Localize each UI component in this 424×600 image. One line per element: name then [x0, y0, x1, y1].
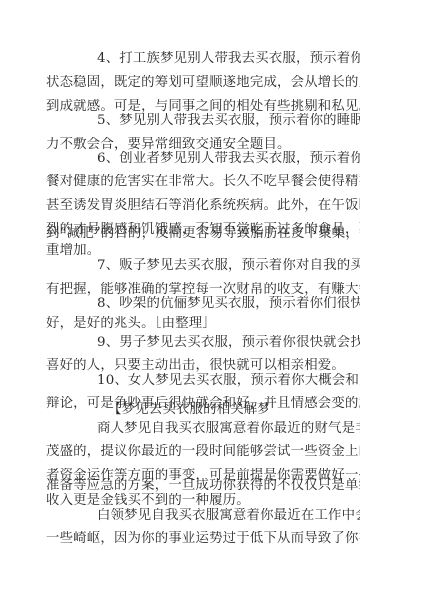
- text-line: 餐对健康的危害实在非常大。长久不吃早餐会使得精神不振，: [46, 174, 360, 190]
- text-line: 收入更是金钱买不到的一种履历。: [46, 493, 360, 509]
- text-line: 8、吵架的伉俪梦见买衣服，预示着你们很快就会和: [97, 296, 360, 312]
- text-line: 茂盛的，提议你最近的一段时间能够尝试一些资金上的投资或: [46, 444, 360, 460]
- text-line: 甚至诱发胃炎胆结石等消化系统疾病。此外，在午饭时出现强: [46, 198, 360, 214]
- text-line: 商人梦见自我买衣服寓意着你最近的财气是非常的: [97, 421, 360, 437]
- text-line: 5、梦见别人带我去买衣服，预示着你的睡眠不敷精: [97, 113, 360, 129]
- text-line: 6、创业者梦见别人带我去买衣服，预示着你不吃早: [97, 151, 360, 167]
- text-line: 10、女人梦见去买衣服，预示着你大概会和人产生: [97, 373, 360, 389]
- text-line: 喜好的人，只要主动出击，很快就可以相亲相爱。: [46, 358, 360, 374]
- text-line: 7、贩子梦见去买衣服，预示着你对自我的买卖非常: [97, 258, 360, 274]
- document-page: 4、打工族梦见别人带我去买衣服，预示着你的工作 状态稳固，既定的筹划可望顺遂地完…: [0, 0, 424, 600]
- text-line: 一些崎岖，因为你的事业运势过于低下从而导致了你在工作中: [46, 531, 360, 547]
- text-line: 9、男子梦见去买衣服，预示着你很快就会找到自我: [97, 335, 360, 351]
- text-line: 好，是好的兆头。［由整理］: [46, 316, 360, 332]
- text-line: 白领梦见自我买衣服寓意着你最近在工作中会遇到: [97, 508, 360, 524]
- text-line: 准备等应急的方案，一旦成功你获得的不仅仅只是单纯的资金: [46, 478, 360, 494]
- text-line: 重增加。: [46, 243, 360, 259]
- text-line: 4、打工族梦见别人带我去买衣服，预示着你的工作: [97, 51, 360, 67]
- section-heading: 【梦见去买衣服的相关解梦一】: [108, 402, 268, 418]
- text-line: 到“减肥”的目的，反而更容易导致脂肪在皮下聚集，促使体: [46, 226, 360, 242]
- text-line: 状态稳固，既定的筹划可望顺遂地完成，会从增长的业绩中得: [46, 75, 360, 91]
